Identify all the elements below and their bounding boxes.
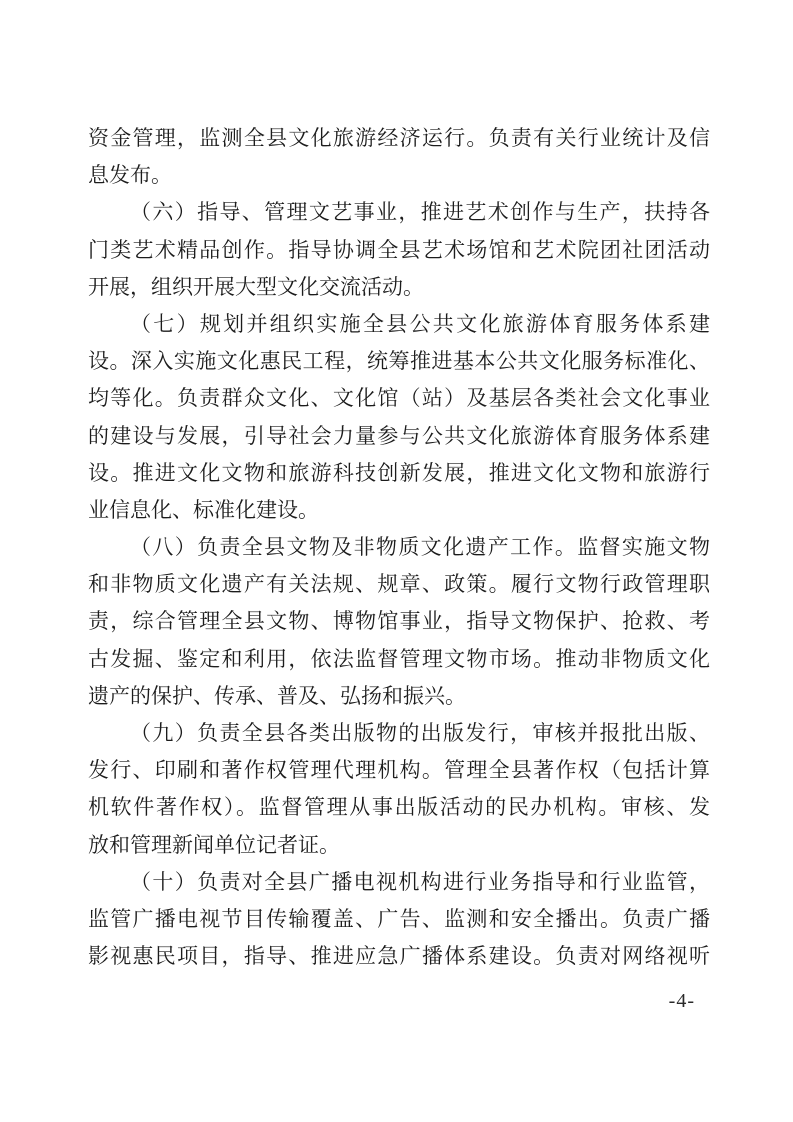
text-line: 发行、印刷和著作权管理代理机构。管理全县著作权（包括计算 — [88, 752, 710, 789]
text-line: 息发布。 — [88, 157, 710, 194]
text-line: 设。推进文化文物和旅游科技创新发展，推进文化文物和旅游行 — [88, 455, 710, 492]
text-line: （七）规划并组织实施全县公共文化旅游体育服务体系建 — [88, 306, 710, 343]
text-line: （八）负责全县文物及非物质文化遗产工作。监督实施文物 — [88, 529, 710, 566]
text-line: 责，综合管理全县文物、博物馆事业，指导文物保护、抢救、考 — [88, 603, 710, 640]
text-line: （十）负责对全县广播电视机构进行业务指导和行业监管， — [88, 864, 710, 901]
text-line: 放和管理新闻单位记者证。 — [88, 827, 710, 864]
text-line: （六）指导、管理文艺事业，推进艺术创作与生产，扶持各 — [88, 194, 710, 231]
text-line: 机软件著作权）。监督管理从事出版活动的民办机构。审核、发 — [88, 789, 710, 826]
text-line: 遗产的保护、传承、普及、弘扬和振兴。 — [88, 678, 710, 715]
text-line: 设。深入实施文化惠民工程，统筹推进基本公共文化服务标准化、 — [88, 343, 710, 380]
document-page: 资金管理，监测全县文化旅游经济运行。负责有关行业统计及信息发布。（六）指导、管理… — [0, 0, 793, 1122]
document-body: 资金管理，监测全县文化旅游经济运行。负责有关行业统计及信息发布。（六）指导、管理… — [88, 120, 710, 975]
text-line: 开展，组织开展大型文化交流活动。 — [88, 269, 710, 306]
text-line: 和非物质文化遗产有关法规、规章、政策。履行文物行政管理职 — [88, 566, 710, 603]
text-line: 业信息化、标准化建设。 — [88, 492, 710, 529]
text-line: 影视惠民项目，指导、推进应急广播体系建设。负责对网络视听 — [88, 938, 710, 975]
text-line: 门类艺术精品创作。指导协调全县艺术场馆和艺术院团社团活动 — [88, 232, 710, 269]
text-line: （九）负责全县各类出版物的出版发行，审核并报批出版、 — [88, 715, 710, 752]
text-line: 古发掘、鉴定和利用，依法监督管理文物市场。推动非物质文化 — [88, 641, 710, 678]
text-line: 的建设与发展，引导社会力量参与公共文化旅游体育服务体系建 — [88, 418, 710, 455]
text-line: 均等化。负责群众文化、文化馆（站）及基层各类社会文化事业 — [88, 380, 710, 417]
text-line: 监管广播电视节目传输覆盖、广告、监测和安全播出。负责广播 — [88, 901, 710, 938]
page-number: -4- — [669, 990, 695, 1013]
text-line: 资金管理，监测全县文化旅游经济运行。负责有关行业统计及信 — [88, 120, 710, 157]
